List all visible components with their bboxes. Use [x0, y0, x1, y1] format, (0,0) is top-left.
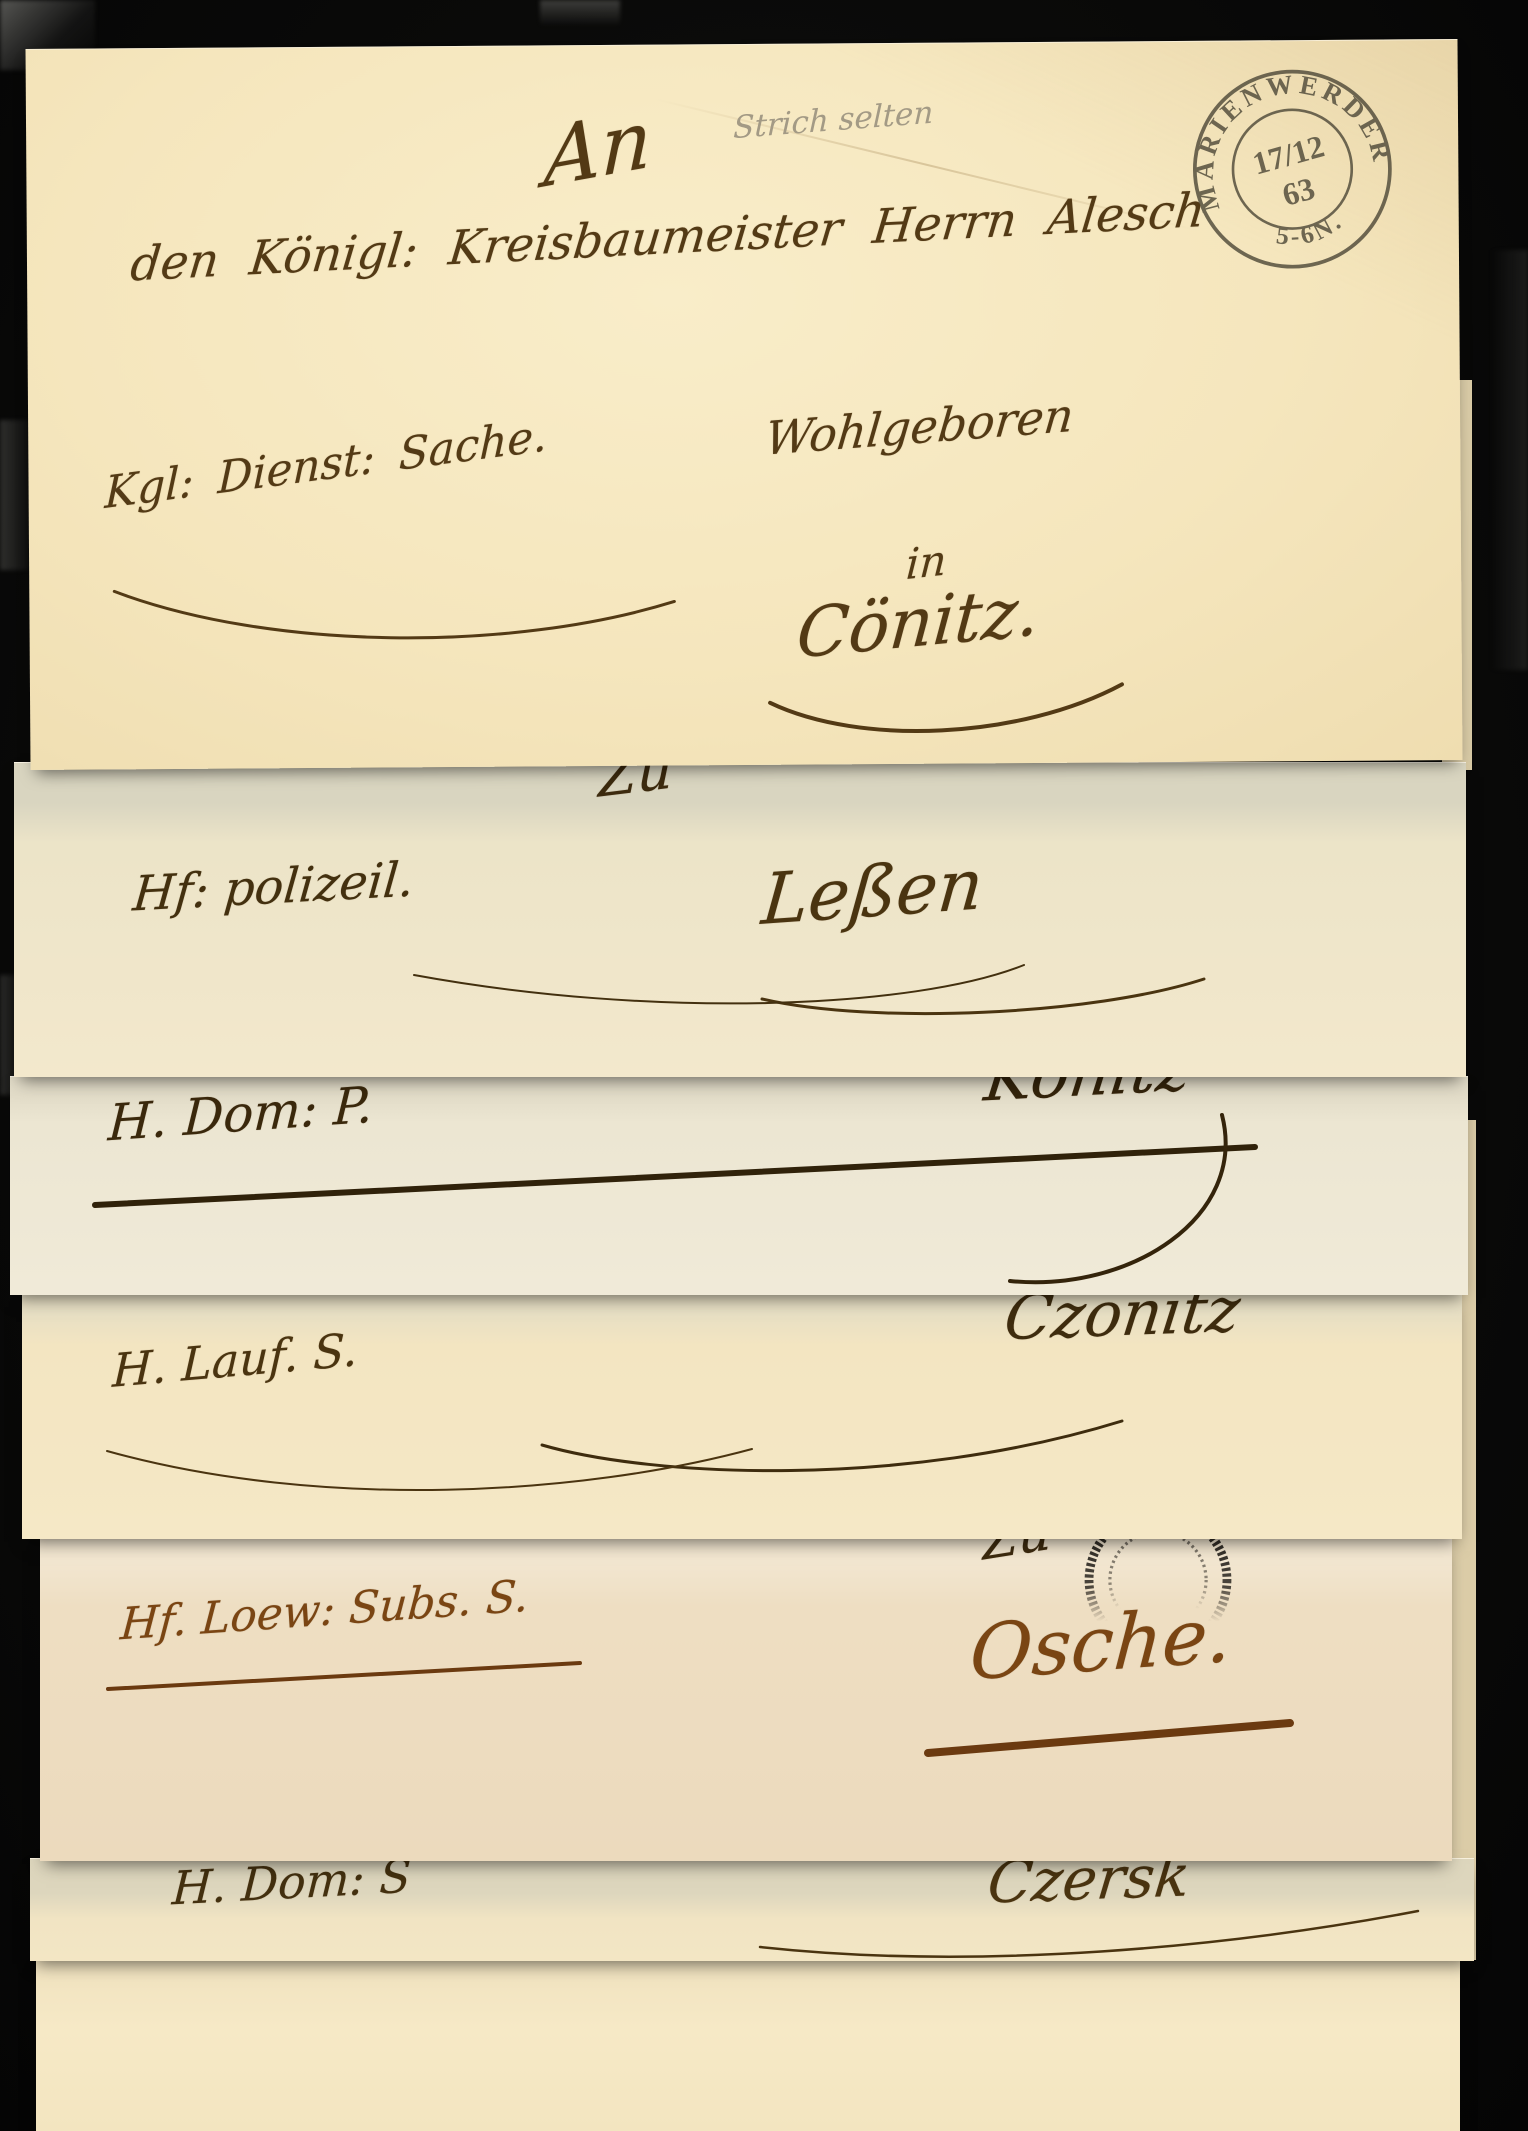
letter-5: Zu Hf. Loew: Subs. S. Osche.: [40, 1536, 1452, 1861]
postmark-year: 63: [1279, 171, 1319, 213]
handwritten-destination: Osche.: [967, 1590, 1235, 1698]
handwritten-address-line: den Königl: Kreisbaumeister Herrn Alesch: [128, 183, 1208, 293]
letter-2: Zu Hf: polizeil. Leßen: [14, 762, 1466, 1077]
handwritten-destination: Cönitz.: [794, 572, 1043, 675]
handwritten-notation: Hf. Loew: Subs. S.: [119, 1571, 531, 1651]
handwritten-service-note: Kgl: Dienst: Sache.: [104, 410, 548, 519]
svg-text:5-6N.: 5-6N.: [1268, 203, 1351, 258]
background-scuff: [540, 0, 620, 26]
postmark-time: 5-6N.: [1268, 203, 1351, 258]
letter-6: H. Dom: S Czersk: [30, 1858, 1474, 1961]
handwritten-salutation: An: [543, 91, 653, 206]
underline-flourish: [22, 1293, 1462, 1539]
letter-3: Konitz H. Dom: P.: [10, 1076, 1468, 1295]
postmark-date: 17/12: [1249, 128, 1328, 181]
letter-4: Czonitz H. Lauf. S.: [22, 1292, 1462, 1539]
handwritten-destination: Leßen: [759, 843, 987, 941]
underline-flourish: [14, 763, 1466, 1077]
background-scuff: [1490, 250, 1528, 670]
handwritten-notation: H. Lauf. S.: [112, 1322, 359, 1398]
handwritten-notation: H. Dom: P.: [107, 1076, 375, 1153]
pencil-note: Strich selten: [733, 95, 934, 147]
letter-7: [36, 1958, 1460, 2131]
handwritten-notation: Hf: polizeil.: [131, 851, 417, 922]
photo-stack-of-letters: H. Dom: S Czersk Zu Hf. Loew: Subs. S. O…: [0, 0, 1528, 2131]
handwritten-honorific: Wohlgeboren: [763, 388, 1076, 466]
letter-1-top: Strich selten MARIENWERDER 17/12 63 5-6N…: [26, 39, 1463, 770]
marienwerder-postmark: MARIENWERDER 17/12 63 5-6N.: [1162, 39, 1423, 300]
